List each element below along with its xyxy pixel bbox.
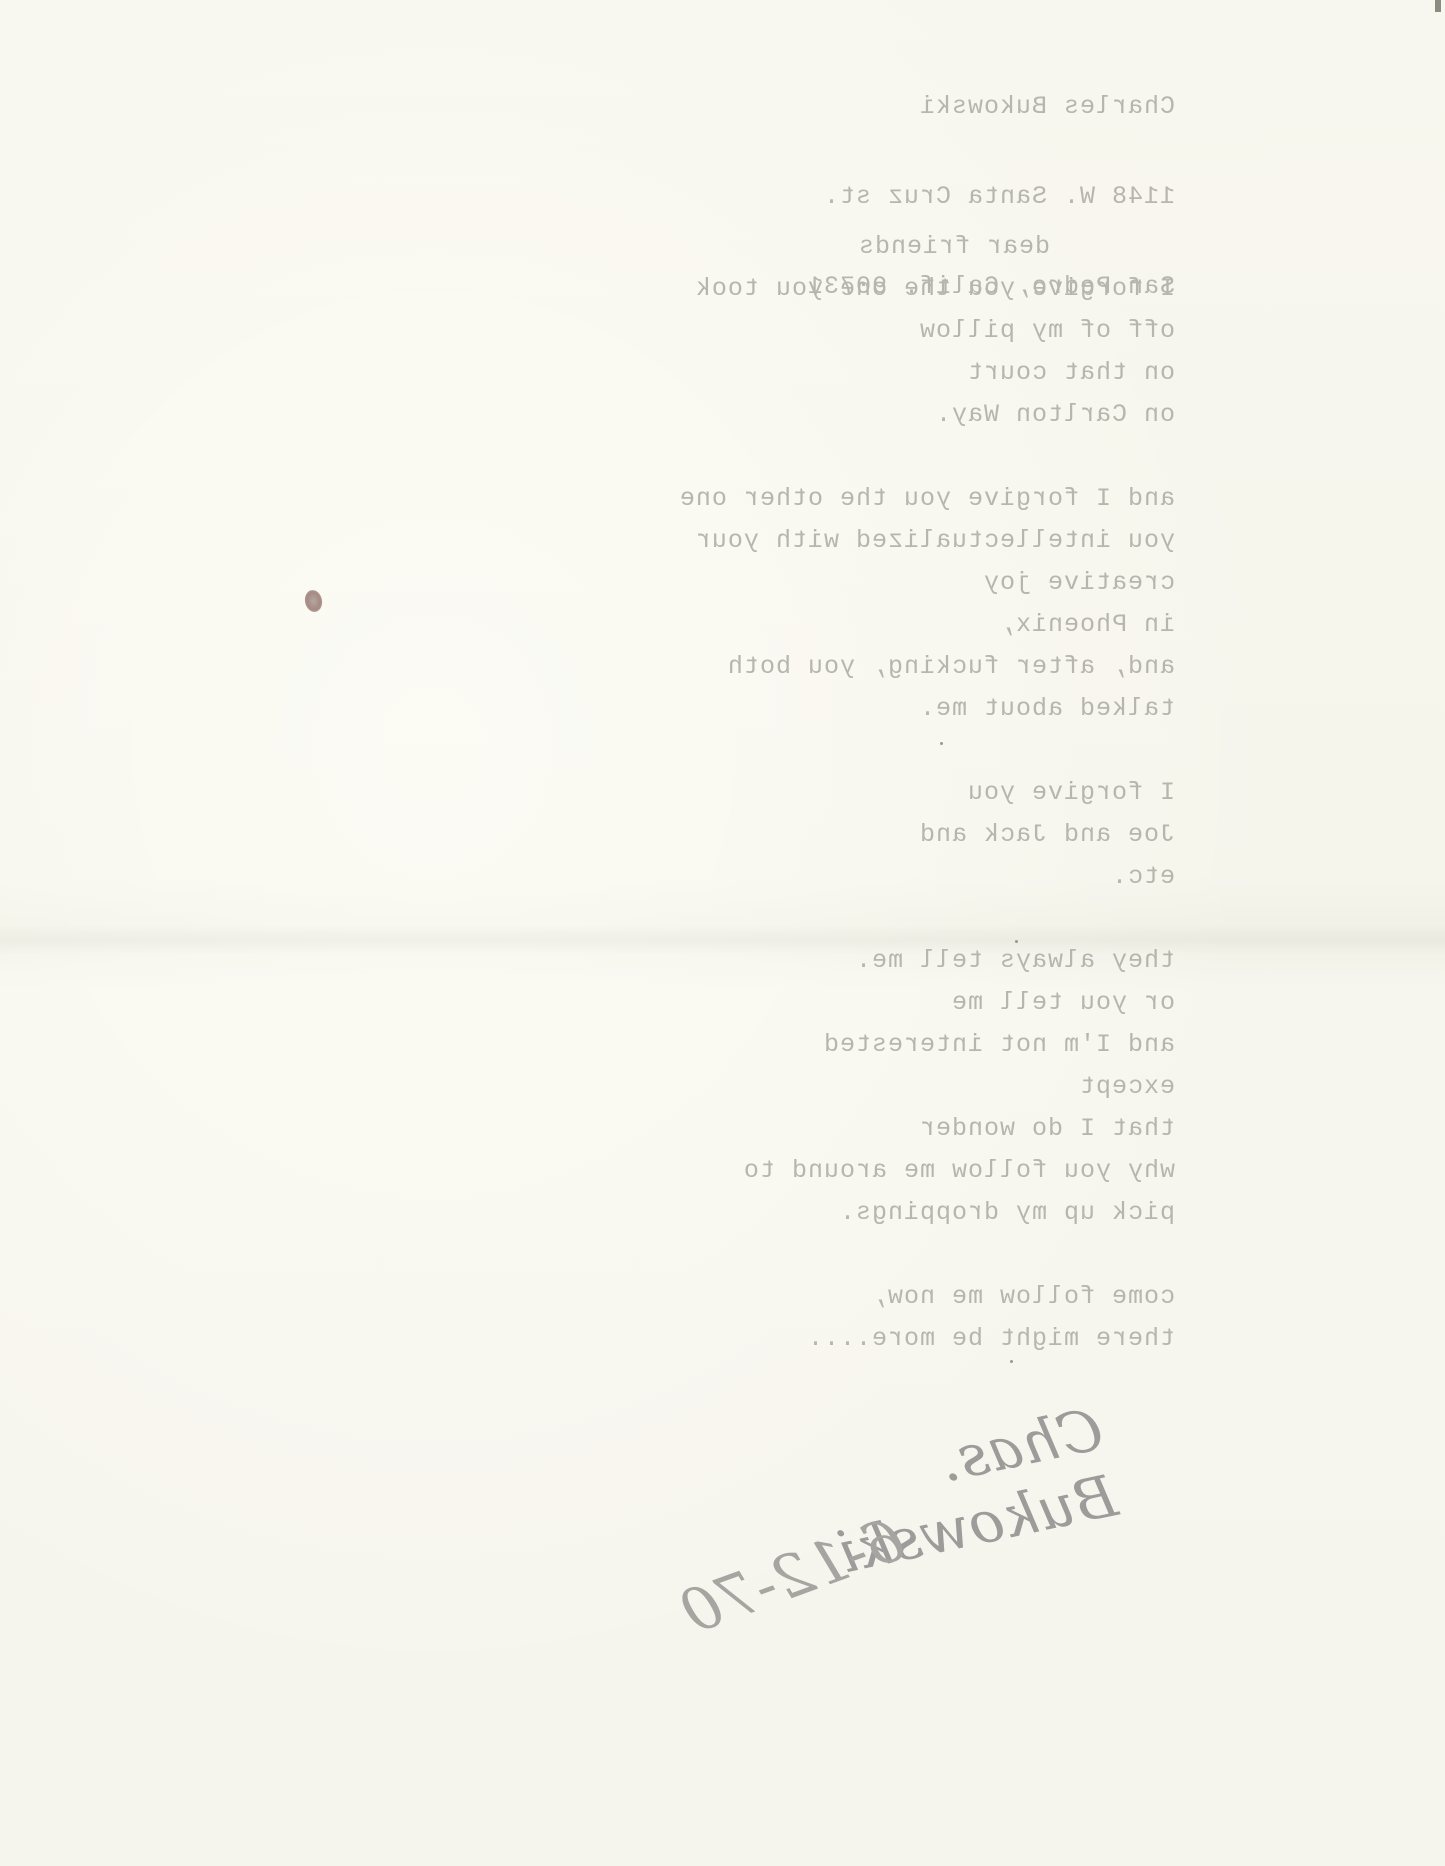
poem-line: and, after fucking, you both	[605, 646, 1175, 688]
poem-line: and I'm not interested	[605, 1024, 1175, 1066]
poem-line: I forgive you	[605, 772, 1175, 814]
poem-line: come follow me now,	[605, 1276, 1175, 1318]
sender-name: Charles Bukowski	[745, 92, 1175, 122]
poem-line: in Phoenix,	[605, 604, 1175, 646]
poem-line: on that court	[605, 352, 1175, 394]
poem-line: off of my pillow	[605, 310, 1175, 352]
poem-line: on Carlton Way.	[605, 394, 1175, 436]
speck	[1015, 940, 1018, 943]
stanza-break	[605, 730, 1175, 772]
poem-line: pick up my droppings.	[605, 1192, 1175, 1234]
poem-line: that I do wonder	[605, 1108, 1175, 1150]
poem-line: I forgive you the one you took	[605, 268, 1175, 310]
poem-line: there might be more....	[605, 1318, 1175, 1360]
stanza-break	[605, 898, 1175, 940]
salutation: dear friends	[800, 232, 1050, 261]
speck	[1010, 1360, 1013, 1363]
poem-line: etc.	[605, 856, 1175, 898]
stanza-break	[605, 1234, 1175, 1276]
poem-line: creative joy	[605, 562, 1175, 604]
edge-mark	[1435, 0, 1441, 12]
poem-line: they always tell me.	[605, 940, 1175, 982]
poem-line: why you follow me around to	[605, 1150, 1175, 1192]
poem-line: and I forgive you the other one	[605, 478, 1175, 520]
poem-body: I forgive you the one you tookoff of my …	[605, 268, 1175, 1360]
poem-line: talked about me.	[605, 688, 1175, 730]
address-street: 1148 W. Santa Cruz st.	[745, 182, 1175, 212]
poem-line: Joe and Jack and	[605, 814, 1175, 856]
poem-line: except	[605, 1066, 1175, 1108]
poem-line: or you tell me	[605, 982, 1175, 1024]
speck	[940, 742, 943, 745]
poem-line: you intellectualized with your	[605, 520, 1175, 562]
stanza-break	[605, 436, 1175, 478]
